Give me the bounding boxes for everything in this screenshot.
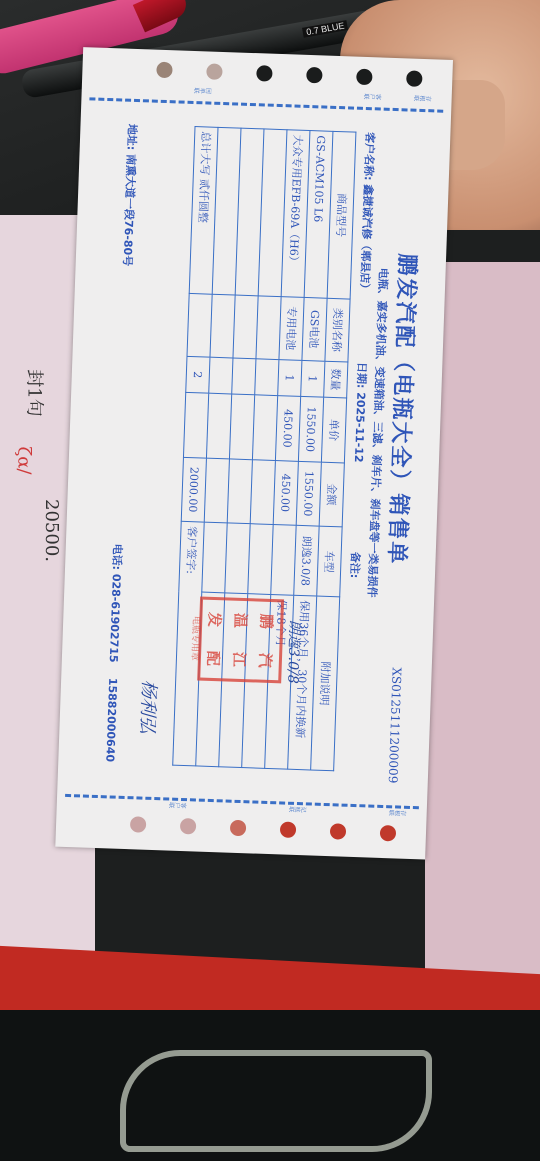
copy-tag: 存根联: [414, 93, 432, 102]
phone-landline: 028-61902715: [107, 574, 123, 663]
cell-empty: [233, 295, 258, 358]
cell-amount: 1550.00: [296, 461, 321, 526]
remarks-label: 备注:: [348, 552, 362, 579]
stamp-char: 鹏: [257, 613, 279, 629]
date-field: 日期: 2025-11-12: [351, 362, 371, 463]
cell-empty: [183, 393, 208, 458]
cell-empty: [252, 395, 277, 460]
punch-hole: [156, 62, 173, 79]
punch-hole: [206, 63, 223, 80]
col-amount: 金额: [319, 462, 344, 527]
stamp-char: 发: [205, 612, 227, 628]
cell-empty: [210, 294, 235, 357]
col-category: 类别名称: [325, 298, 350, 361]
table-decoration: [120, 1050, 432, 1152]
remarks-field: 备注:: [347, 552, 364, 579]
cell-unit-price: 450.00: [275, 396, 300, 461]
company-stamp: 鹏 汽 温 江 发 配: [197, 597, 284, 684]
copy-tag: 客户联: [364, 91, 382, 100]
cell-empty: [232, 358, 256, 395]
cell-category: 专用电池: [279, 297, 304, 360]
cell-car-model: [271, 525, 296, 596]
phone-field: 电话: 028-61902715 15882000640: [102, 543, 126, 762]
phone-label: 电话:: [110, 543, 124, 570]
pink-paper-right: [425, 262, 540, 1092]
stamp-char: 温: [231, 613, 253, 629]
cell-empty: [248, 524, 273, 595]
col-unit-price: 单价: [321, 397, 346, 462]
handwritten-car-model: 朗逸3.0/8: [283, 619, 305, 684]
punch-hole: [280, 821, 297, 838]
total-qty: 2: [186, 356, 210, 393]
punch-hole: [330, 823, 347, 840]
address-field: 地址: 南熏大道一段76-80号: [120, 124, 141, 267]
cell-empty: [227, 459, 252, 524]
cell-empty: [255, 358, 279, 395]
cell-amount: 450.00: [273, 460, 298, 525]
handwritten-number: 20500.: [41, 499, 62, 562]
cell-empty: [256, 296, 281, 359]
handwritten-note: 封1句: [23, 369, 49, 416]
punch-hole: [230, 820, 247, 837]
sales-receipt: 存根联 客户联 回单联 存根联 记账联 客户联 鹏发汽配（电瓶大全）销售单 XS…: [55, 47, 453, 859]
handwritten-note-red: ζα/: [13, 447, 34, 475]
cell-qty: 1: [278, 359, 302, 396]
punch-hole: [356, 69, 373, 86]
cell-empty: [250, 459, 275, 524]
punch-hole: [380, 825, 397, 842]
phone-mobile: 15882000640: [103, 678, 119, 763]
cell-empty: [225, 523, 250, 594]
stamp-char: 配: [203, 651, 225, 667]
punch-hole: [180, 818, 197, 835]
cell-empty: [209, 357, 233, 394]
cell-unit-price: 1550.00: [298, 397, 323, 462]
pen-label: 0.7 BLUE: [302, 20, 348, 38]
receipt-content: 鹏发汽配（电瓶大全）销售单 XS0125111200009 电瓶、嘉实多机油、变…: [68, 122, 440, 784]
col-car-model: 车型: [317, 526, 342, 597]
signature-label: 客户签字:: [184, 526, 199, 574]
cell-empty: [206, 393, 231, 458]
col-qty: 数量: [324, 361, 348, 398]
customer-label: 客户名称:: [362, 132, 377, 181]
punch-hole: [406, 70, 423, 87]
address-value: 南熏大道一段76-80号: [121, 154, 138, 267]
punch-hole: [130, 816, 147, 833]
cell-category: GS电池: [302, 297, 327, 360]
date-value: 2025-11-12: [352, 392, 367, 463]
stamp-char: 江: [229, 652, 251, 668]
punch-hole: [306, 67, 323, 84]
receipt-serial-number: XS0125111200009: [386, 667, 404, 783]
cell-car-model: 朗逸3.0/8: [294, 525, 319, 596]
cell-empty: [204, 458, 229, 523]
total-label-text: 总计大写: [198, 131, 213, 175]
cell-empty: [229, 394, 254, 459]
address-label: 地址:: [125, 124, 139, 151]
cell-empty: [202, 522, 227, 593]
cell-empty: [187, 293, 212, 356]
total-in-words: 贰仟圆整: [196, 179, 211, 223]
customer-name: 鑫捷诚汽修（郫县店）: [358, 184, 375, 294]
copy-tag: 回单联: [194, 85, 212, 94]
date-label: 日期:: [354, 362, 368, 389]
stamp-char: 汽: [255, 652, 277, 668]
punch-hole: [256, 65, 273, 82]
total-amount: 2000.00: [181, 457, 206, 522]
customer-signature: 杨利弘: [135, 679, 163, 734]
cell-qty: 1: [301, 360, 325, 397]
